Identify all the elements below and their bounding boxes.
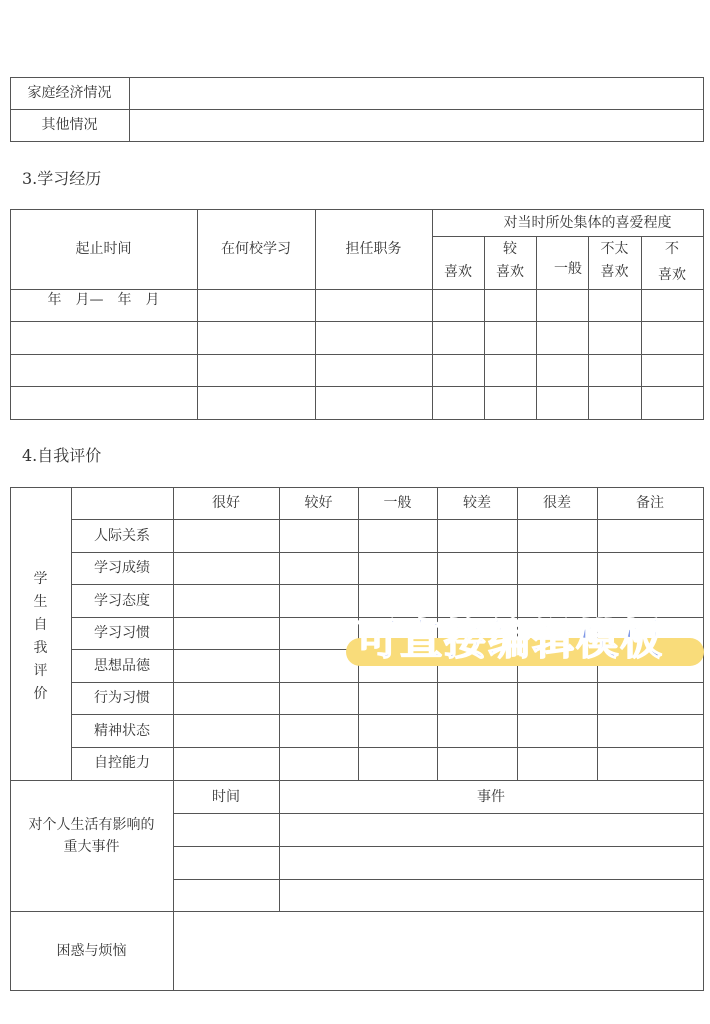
troubles-label: 困惑与烦恼	[10, 942, 173, 960]
events-time-header: 时间	[173, 788, 279, 806]
header-level-like: 喜欢	[432, 263, 484, 281]
event-time-field[interactable]	[174, 847, 279, 879]
item-mental-state: 精神状态	[71, 722, 173, 740]
table-border	[71, 747, 704, 748]
side-label-char: 生	[10, 591, 71, 614]
table-border	[10, 141, 704, 142]
side-label-char: 评	[10, 660, 71, 683]
table-border	[71, 584, 704, 585]
item-academic-performance: 学习成绩	[71, 559, 173, 577]
header-period: 起止时间	[10, 240, 197, 258]
table-border	[71, 552, 704, 553]
table-border	[10, 990, 704, 991]
header-level-4-line1: 不太	[588, 240, 641, 258]
events-label-line2: 重大事件	[10, 838, 173, 856]
table-border	[71, 714, 704, 715]
table-border	[432, 209, 433, 420]
table-border	[71, 682, 704, 683]
item-moral-character: 思想品德	[71, 657, 173, 675]
period-field[interactable]	[10, 355, 197, 386]
header-school: 在何校学习	[197, 240, 315, 258]
period-field[interactable]: 年 月— 年 月	[10, 291, 197, 309]
column-very-good: 很好	[173, 494, 279, 512]
watermark-banner: 可直接编辑模板	[346, 612, 706, 674]
table-border	[10, 487, 11, 991]
position-field[interactable]	[316, 290, 432, 321]
period-field[interactable]	[10, 322, 197, 354]
side-label-char: 我	[10, 637, 71, 660]
item-interpersonal: 人际关系	[71, 527, 173, 545]
section-heading-self-evaluation: 4.自我评价	[22, 443, 101, 466]
event-description-field[interactable]	[280, 880, 703, 911]
header-group-preference: 对当时所处集体的喜爱程度	[432, 214, 703, 232]
other-info-field[interactable]	[130, 110, 703, 141]
table-border	[10, 209, 704, 210]
event-description-field[interactable]	[280, 814, 703, 846]
column-good: 较好	[279, 494, 358, 512]
item-study-habits: 学习习惯	[71, 624, 173, 642]
header-position: 担任职务	[315, 240, 432, 258]
header-level-average: 一般	[536, 260, 588, 278]
table-border	[703, 77, 704, 142]
event-description-field[interactable]	[280, 847, 703, 879]
school-field[interactable]	[198, 290, 315, 321]
event-time-field[interactable]	[174, 814, 279, 846]
table-border	[10, 780, 704, 781]
column-very-poor: 很差	[517, 494, 597, 512]
item-behavior-habits: 行为习惯	[71, 689, 173, 707]
header-level-not-much-like: 喜欢	[588, 263, 641, 281]
table-border	[10, 487, 704, 488]
header-level-2-line1: 较	[484, 240, 536, 258]
header-level-fairly-like: 喜欢	[484, 263, 536, 281]
event-time-field[interactable]	[174, 880, 279, 911]
side-label-char: 价	[10, 683, 71, 706]
header-level-5-line1: 不	[641, 240, 703, 258]
table-border	[703, 487, 704, 991]
item-self-control: 自控能力	[71, 754, 173, 772]
watermark-text: 可直接编辑模板	[356, 612, 664, 668]
side-label-char: 自	[10, 614, 71, 637]
table-border	[10, 419, 704, 420]
side-label-student-self-evaluation: 学 生 自 我 评 价	[10, 568, 71, 706]
family-economy-field[interactable]	[130, 78, 703, 109]
table-border	[432, 236, 704, 237]
table-border	[641, 236, 642, 420]
table-border	[703, 209, 704, 420]
section-heading-study-history: 3.学习经历	[22, 166, 101, 189]
period-field[interactable]	[10, 387, 197, 419]
column-poor: 较差	[437, 494, 517, 512]
troubles-field[interactable]	[174, 912, 703, 990]
table-border	[71, 519, 704, 520]
events-event-header: 事件	[279, 788, 703, 806]
column-average: 一般	[358, 494, 437, 512]
item-study-attitude: 学习态度	[71, 592, 173, 610]
column-remarks: 备注	[597, 494, 703, 512]
other-info-label: 其他情况	[10, 116, 129, 134]
family-economy-label: 家庭经济情况	[10, 84, 129, 102]
header-level-dislike: 喜欢	[641, 266, 703, 284]
side-label-char: 学	[10, 568, 71, 591]
events-label-line1: 对个人生活有影响的	[10, 816, 173, 834]
